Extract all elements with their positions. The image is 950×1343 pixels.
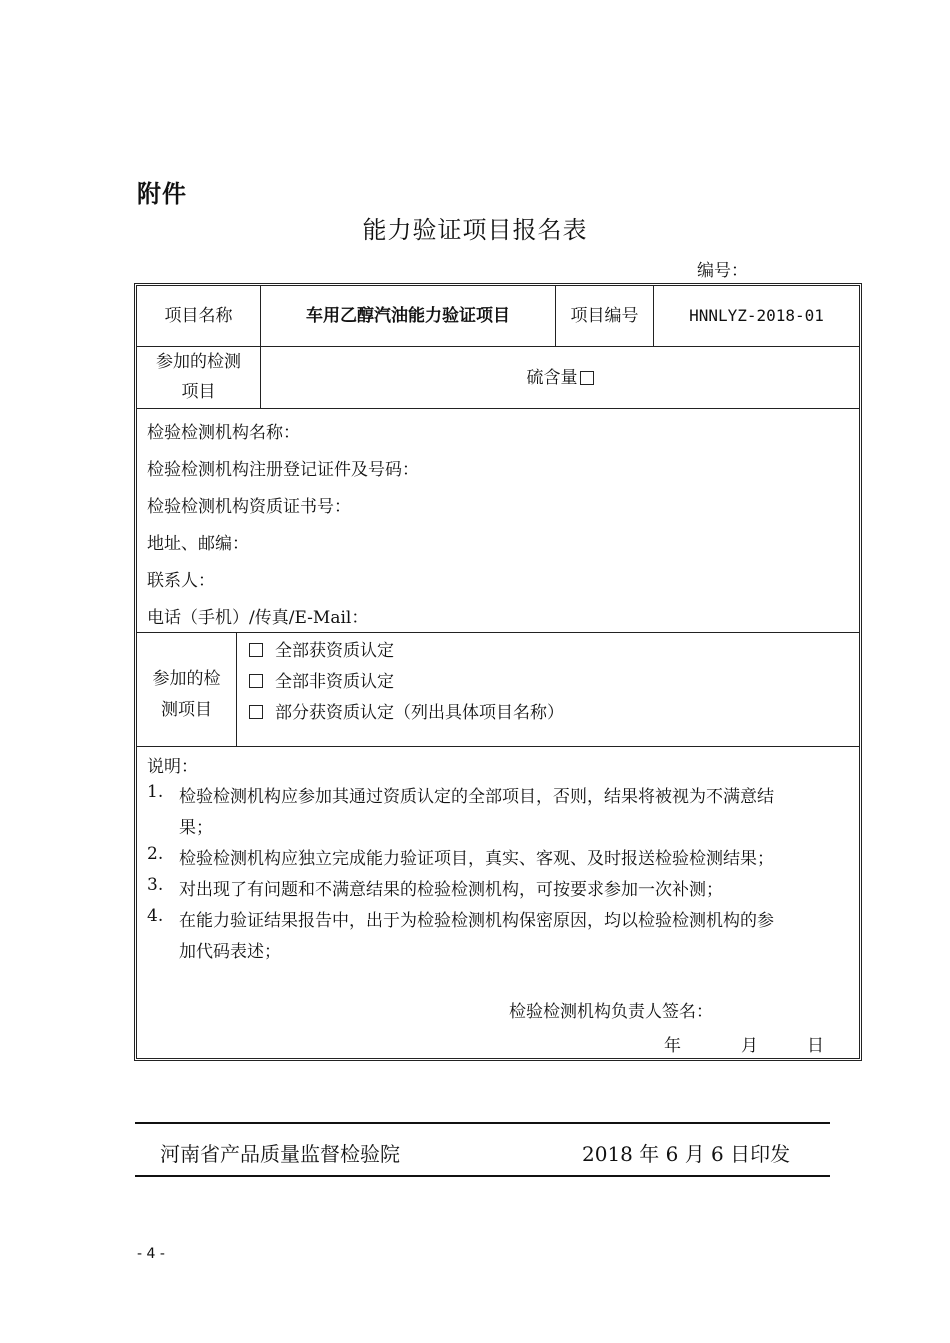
note-1-text-cont: 果； [179, 813, 213, 838]
project-name-value: 车用乙醇汽油能力验证项目 [261, 286, 555, 346]
org-name-field[interactable]: 检验检测机构名称： [147, 418, 300, 443]
notes-heading: 说明： [147, 752, 198, 777]
org-qualification-cert-field[interactable]: 检验检测机构资质证书号： [147, 492, 351, 517]
project-name-label: 项目名称 [137, 286, 260, 346]
note-1-text: 检验检测机构应参加其通过资质认定的全部项目，否则，结果将被视为不满意结 [179, 782, 774, 807]
option-partial-qualified[interactable]: 部分获资质认定（列出具体项目名称） [249, 698, 564, 723]
note-3-number: 3. [147, 875, 163, 895]
page-number: - 4 - [137, 1246, 165, 1262]
issue-date: 2018 年 6 月 6 日印发 [582, 1138, 790, 1167]
issuer-name: 河南省产品质量监督检验院 [160, 1138, 400, 1167]
contact-person-field[interactable]: 联系人： [147, 566, 215, 591]
address-postcode-field[interactable]: 地址、邮编： [147, 529, 249, 554]
registration-form-table: 项目名称 车用乙醇汽油能力验证项目 项目编号 HNNLYZ-2018-01 参加… [134, 283, 862, 1061]
sulfur-content-option[interactable]: 硫含量 [261, 347, 859, 408]
project-code-value: HNNLYZ-2018-01 [654, 286, 859, 346]
option-all-qualified-label: 全部获资质认定 [275, 641, 394, 661]
note-3-text: 对出现了有问题和不满意结果的检验检测机构，可按要求参加一次补测； [179, 875, 723, 900]
project-code-label: 项目编号 [556, 286, 653, 346]
test-items-label-line1: 参加的检测 [137, 347, 260, 377]
sulfur-content-label: 硫含量 [527, 363, 578, 393]
row-divider [137, 632, 859, 633]
serial-number-label: 编号： [697, 256, 748, 281]
option-all-non-qualified[interactable]: 全部非资质认定 [249, 667, 394, 692]
phone-fax-email-field[interactable]: 电话（手机）/传真/E-Mail： [147, 603, 368, 628]
signature-month: 月 [741, 1031, 758, 1056]
row-divider [137, 746, 859, 747]
sulfur-content-checkbox[interactable] [580, 371, 594, 385]
option-partial-qualified-checkbox[interactable] [249, 705, 263, 719]
option-all-qualified-checkbox[interactable] [249, 643, 263, 657]
option-all-non-qualified-label: 全部非资质认定 [275, 672, 394, 692]
attachment-label: 附件 [137, 174, 187, 209]
document-title: 能力验证项目报名表 [0, 210, 950, 245]
note-4-text: 在能力验证结果报告中，出于为检验检测机构保密原因，均以检验检测机构的参 [179, 906, 774, 931]
signature-year: 年 [664, 1031, 681, 1056]
note-4-number: 4. [147, 906, 163, 926]
option-all-non-qualified-checkbox[interactable] [249, 674, 263, 688]
footer-top-rule [135, 1122, 830, 1124]
participation-label: 参加的检 测项目 [137, 664, 236, 726]
option-all-qualified[interactable]: 全部获资质认定 [249, 636, 394, 661]
row-divider [137, 408, 859, 409]
note-2-number: 2. [147, 844, 163, 864]
test-items-label: 参加的检测 项目 [137, 347, 260, 408]
note-1-number: 1. [147, 782, 163, 802]
column-divider [236, 632, 237, 746]
org-registration-field[interactable]: 检验检测机构注册登记证件及号码： [147, 455, 419, 480]
signature-day: 日 [807, 1031, 824, 1056]
option-partial-qualified-label: 部分获资质认定（列出具体项目名称） [275, 703, 564, 723]
footer-bottom-rule [135, 1175, 830, 1177]
signature-label[interactable]: 检验检测机构负责人签名： [509, 997, 713, 1022]
participation-label-line1: 参加的检 [137, 664, 236, 695]
note-4-text-cont: 加代码表述； [179, 937, 281, 962]
note-2-text: 检验检测机构应独立完成能力验证项目，真实、客观、及时报送检验检测结果； [179, 844, 774, 869]
participation-label-line2: 测项目 [137, 695, 236, 726]
test-items-label-line2: 项目 [137, 377, 260, 407]
